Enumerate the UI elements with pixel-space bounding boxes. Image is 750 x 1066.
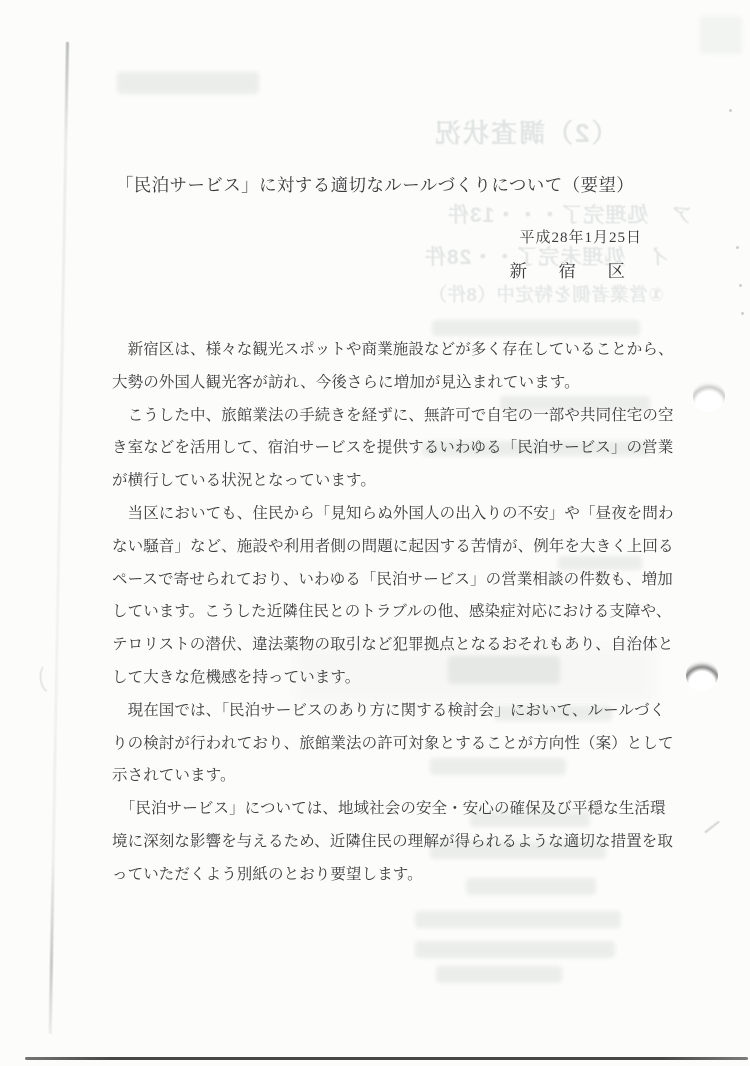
paragraph-line: が横行している状況となっています。 bbox=[112, 465, 692, 498]
dust-speck bbox=[741, 312, 744, 315]
document-date: 平成28年1月25日 bbox=[519, 226, 642, 247]
paragraph-line: 大勢の外国人観光客が訪れ、今後さらに増加が見込まれています。 bbox=[112, 367, 692, 400]
punch-hole-ring-artifact bbox=[38, 659, 68, 696]
bleed-through-smudge bbox=[415, 911, 621, 928]
paragraph-line: 新宿区は、様々な観光スポットや商業施設などが多く存在していることから、 bbox=[112, 334, 692, 367]
bleed-through-smudge bbox=[117, 72, 259, 94]
paragraph-line: 示されています。 bbox=[112, 760, 692, 793]
paragraph-line: こうした中、旅館業法の手続きを経ずに、無許可で自宅の一部や共同住宅の空 bbox=[112, 400, 692, 433]
dust-speck bbox=[736, 246, 739, 249]
bleed-through-item-c: ①営業者側を特定中（8件） bbox=[428, 281, 664, 307]
bleed-through-item-a: ア 処理完了・・・13件 bbox=[447, 199, 692, 229]
paragraph-line: りの検討が行われており、旅館業法の許可対象とすることが方向性（案）として bbox=[112, 728, 692, 761]
paragraph-line: 境に深刻な影響を与えるため、近隣住民の理解が得られるような適切な措置を取 bbox=[112, 826, 692, 859]
bleed-through-smudge bbox=[700, 16, 742, 54]
paragraph-line: 現在国では、「民泊サービスのあり方に関する検討会」において、ルールづく bbox=[112, 695, 692, 728]
paragraph-line: 当区においても、住民から「見知らぬ外国人の出入りの不安」や「昼夜を問わ bbox=[112, 498, 692, 531]
dust-speck bbox=[739, 284, 742, 287]
bleed-through-section-heading: （2）調査状況 bbox=[433, 113, 617, 150]
paragraph-line: して大きな危機感を持っています。 bbox=[112, 662, 692, 695]
document-body: 新宿区は、様々な観光スポットや商業施設などが多く存在していることから、大勢の外国… bbox=[112, 334, 692, 892]
paragraph-line: しています。こうした近隣住民とのトラブルの他、感染症対応における支障や、 bbox=[112, 596, 692, 629]
paragraph-line: ない騒音」など、施設や利用者側の問題に起因する苦情が、例年を大きく上回る bbox=[112, 531, 692, 564]
dust-speck bbox=[729, 109, 732, 112]
scan-edge-line bbox=[25, 1057, 748, 1060]
bleed-through-smudge bbox=[415, 941, 615, 958]
scanned-document-page: （2）調査状況 ア 処理完了・・・13件 イ 処理未完了・・28件 ①営業者側を… bbox=[0, 0, 750, 1066]
paragraph-line: 「民泊サービス」については、地域社会の安全・安心の確保及び平穏な生活環 bbox=[112, 793, 692, 826]
paragraph-line: っていただくよう別紙のとおり要望します。 bbox=[112, 859, 692, 892]
scratch-artifact bbox=[704, 821, 719, 834]
punch-hole-artifact bbox=[693, 380, 725, 412]
bleed-through-smudge bbox=[436, 966, 562, 983]
paragraph-line: き室などを活用して、宿泊サービスを提供するいわゆる「民泊サービス」の営業 bbox=[112, 432, 692, 465]
punch-hole-artifact bbox=[686, 659, 718, 691]
paragraph-line: テロリストの潜伏、違法薬物の取引など犯罪拠点となるおそれもあり、自治体と bbox=[112, 629, 692, 662]
document-title: 「民泊サービス」に対する適切なルールづくりについて（要望） bbox=[0, 172, 750, 197]
paragraph-line: ペースで寄せられており、いわゆる「民泊サービス」の営業相談の件数も、増加 bbox=[112, 564, 692, 597]
document-sender: 新 宿 区 bbox=[510, 258, 633, 283]
